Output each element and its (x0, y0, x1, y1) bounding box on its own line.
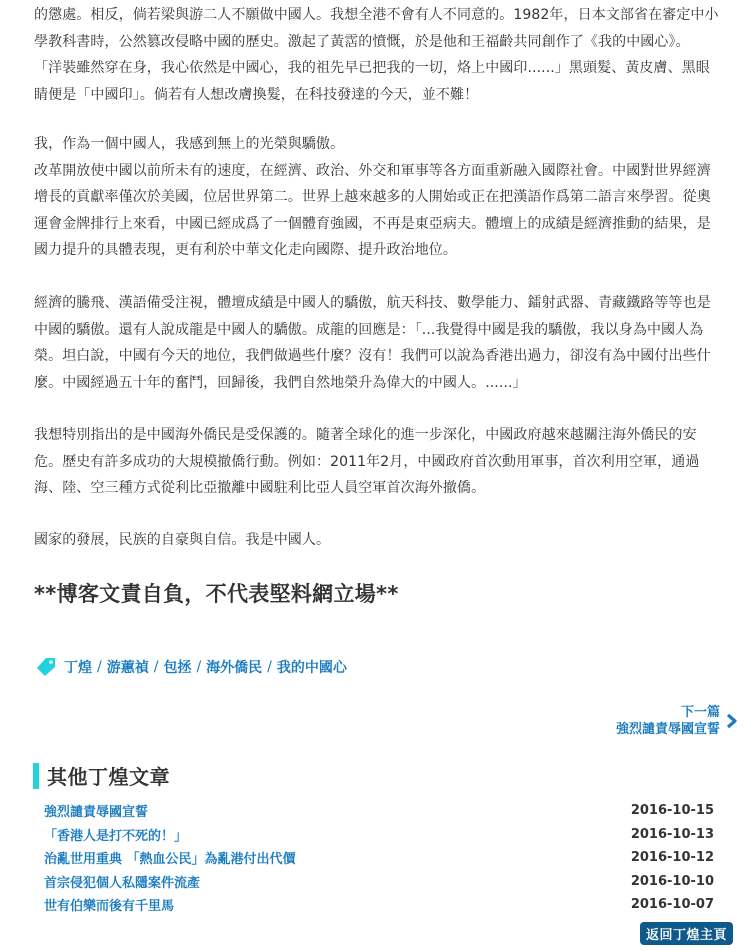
paragraph-line: 的懲處。相反，倘若梁與游二人不願做中國人。我想全港不會有人不同意的。1982年，… (34, 2, 719, 29)
paragraph-line: 海、陸、空三種方式從利比亞撤離中國駐利比亞人員空軍首次海外撤僑。 (34, 475, 699, 502)
next-post-text: 下一篇 強烈譴責辱國宣誓 (616, 704, 720, 738)
tag-link[interactable]: 游蕙禎 (107, 657, 149, 677)
tag-link[interactable]: 海外僑民 (206, 657, 262, 677)
paragraph-line: 運會金牌排行上來看，中國已經成爲了一個體育強國，不再是東亞病夫。體壇上的成績是經… (34, 211, 711, 238)
list-item: 首宗侵犯個人私隱案件流產 2016-10-10 (44, 870, 714, 894)
tag-list: 丁煌 / 游蕙禎 / 包拯 / 海外僑民 / 我的中國心 (36, 657, 347, 677)
article-paragraph: 的懲處。相反，倘若梁與游二人不願做中國人。我想全港不會有人不同意的。1982年，… (34, 2, 719, 108)
paragraph-line: 麼。中國經過五十年的奮鬥，回歸後，我們自然地榮升為偉大的中國人。......」 (34, 370, 711, 397)
article-paragraph: 國家的發展，民族的自豪與自信。我是中國人。 (34, 527, 330, 554)
list-item: 世有伯樂而後有千里馬 2016-10-07 (44, 893, 714, 917)
next-post-link[interactable]: 下一篇 強烈譴責辱國宣誓 (616, 704, 738, 738)
chevron-right-icon[interactable] (726, 713, 738, 729)
post-link[interactable]: 治亂世用重典 「熱血公民」為亂港付出代價 (44, 848, 296, 867)
paragraph-line: 睛便是「中國印」。倘若有人想改膚換髮，在科技發達的今天，並不難！ (34, 82, 719, 109)
other-posts-title: 其他丁煌文章 (47, 761, 170, 790)
paragraph-line: 中國的驕傲。還有人說成龍是中國人的驕傲。成龍的回應是：「...我覺得中國是我的驕… (34, 317, 711, 344)
tag-separator: / (154, 659, 159, 675)
paragraph-line: 改革開放使中國以前所未有的速度，在經濟、政治、外交和軍事等各方面重新融入國際社會… (34, 158, 711, 185)
post-link[interactable]: 強烈譴責辱國宣誓 (44, 801, 148, 820)
tag-separator: / (267, 659, 272, 675)
other-posts-list: 強烈譴責辱國宣誓 2016-10-15 「香港人是打不死的！」 2016-10-… (44, 799, 714, 917)
paragraph-line: 危。歷史有許多成功的大規模撤僑行動。例如：2011年2月，中國政府首次動用軍事，… (34, 449, 699, 476)
paragraph-line: 增長的貢獻率僅次於美國，位居世界第二。世界上越來越多的人開始或正在把漢語作爲第二… (34, 184, 711, 211)
paragraph-line: 我想特別指出的是中國海外僑民是受保護的。隨著全球化的進一步深化，中國政府越來越關… (34, 422, 699, 449)
article-paragraph: 我想特別指出的是中國海外僑民是受保護的。隨著全球化的進一步深化，中國政府越來越關… (34, 422, 699, 502)
tag-icon (36, 657, 56, 677)
list-item: 治亂世用重典 「熱血公民」為亂港付出代價 2016-10-12 (44, 846, 714, 870)
list-item: 強烈譴責辱國宣誓 2016-10-15 (44, 799, 714, 823)
article-paragraph: 經濟的騰飛、漢語備受注視，體壇成績是中國人的驕傲，航天科技、數學能力、鐳射武器、… (34, 290, 711, 396)
accent-bar (33, 763, 39, 789)
other-posts-heading: 其他丁煌文章 (33, 761, 170, 790)
post-link[interactable]: 「香港人是打不死的！」 (44, 825, 187, 844)
back-to-author-home-button[interactable]: 返回丁煌主頁 (640, 922, 733, 945)
tag-separator: / (196, 659, 201, 675)
post-date: 2016-10-12 (631, 850, 714, 865)
article-paragraph: 我，作為一個中國人，我感到無上的光榮與驕傲。 改革開放使中國以前所未有的速度，在… (34, 131, 711, 264)
next-post-label: 下一篇 (616, 704, 720, 721)
tag-separator: / (97, 659, 102, 675)
paragraph-line: 榮。坦白說，中國有今天的地位，我們做過些什麼？沒有！我們可以說為香港出過力，卻沒… (34, 343, 711, 370)
disclaimer-heading: **博客文責自負，不代表堅料網立場** (34, 578, 399, 608)
post-date: 2016-10-13 (631, 827, 714, 842)
post-link[interactable]: 世有伯樂而後有千里馬 (44, 895, 174, 914)
post-link[interactable]: 首宗侵犯個人私隱案件流產 (44, 872, 200, 891)
list-item: 「香港人是打不死的！」 2016-10-13 (44, 823, 714, 847)
tag-link[interactable]: 我的中國心 (277, 657, 347, 677)
paragraph-line: 我，作為一個中國人，我感到無上的光榮與驕傲。 (34, 131, 711, 158)
paragraph-line: 「洋裝雖然穿在身，我心依然是中國心，我的祖先早已把我的一切，烙上中國印.....… (34, 55, 719, 82)
paragraph-line: 國家的發展，民族的自豪與自信。我是中國人。 (34, 527, 330, 554)
paragraph-line: 學教科書時，公然篡改侵略中國的歷史。激起了黃霑的憤慨，於是他和王福齡共同創作了《… (34, 29, 719, 56)
paragraph-line: 經濟的騰飛、漢語備受注視，體壇成績是中國人的驕傲，航天科技、數學能力、鐳射武器、… (34, 290, 711, 317)
tag-link[interactable]: 丁煌 (64, 657, 92, 677)
tag-link[interactable]: 包拯 (163, 657, 191, 677)
post-date: 2016-10-07 (631, 897, 714, 912)
next-post-title: 強烈譴責辱國宣誓 (616, 721, 720, 738)
post-date: 2016-10-15 (631, 803, 714, 818)
paragraph-line: 國力提升的具體表現，更有利於中華文化走向國際、提升政治地位。 (34, 237, 711, 264)
post-date: 2016-10-10 (631, 874, 714, 889)
